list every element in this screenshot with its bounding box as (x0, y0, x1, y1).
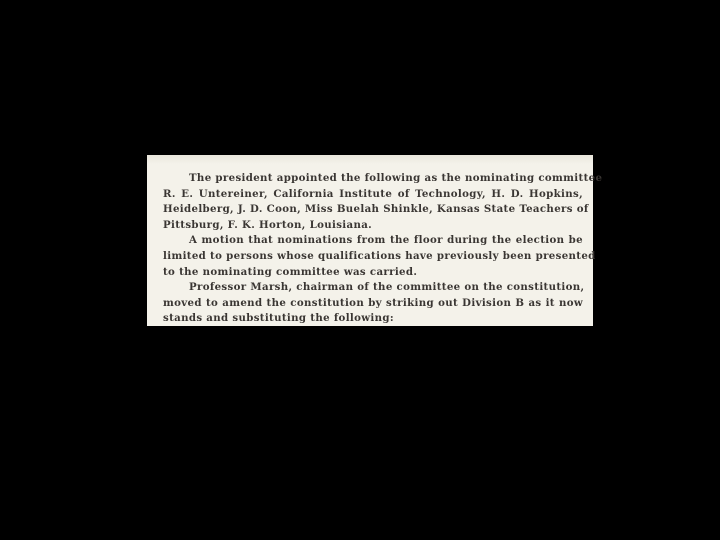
text-line: to the nominating committee was carried. (163, 265, 583, 281)
text-line: moved to amend the constitution by strik… (163, 296, 583, 312)
text-line: stands and substituting the following: (163, 311, 583, 327)
paragraph-constitution-amendment: Professor Marsh, chairman of the committ… (163, 280, 583, 327)
paragraph-nominating-committee: The president appointed the following as… (163, 171, 583, 233)
scanned-document-clipping: The president appointed the following as… (147, 155, 593, 326)
paragraph-motion-nominations: A motion that nominations from the floor… (163, 233, 583, 280)
text-line: Heidelberg, J. D. Coon, Miss Buelah Shin… (163, 202, 583, 218)
text-line: R. E. Untereiner, California Institute o… (163, 187, 583, 203)
text-line: Pittsburg, F. K. Horton, Louisiana. (163, 218, 583, 234)
text-line: limited to persons whose qualifications … (163, 249, 583, 265)
text-line: The president appointed the following as… (163, 171, 583, 187)
text-line: Professor Marsh, chairman of the committ… (163, 280, 583, 296)
text-line: A motion that nominations from the floor… (163, 233, 583, 249)
